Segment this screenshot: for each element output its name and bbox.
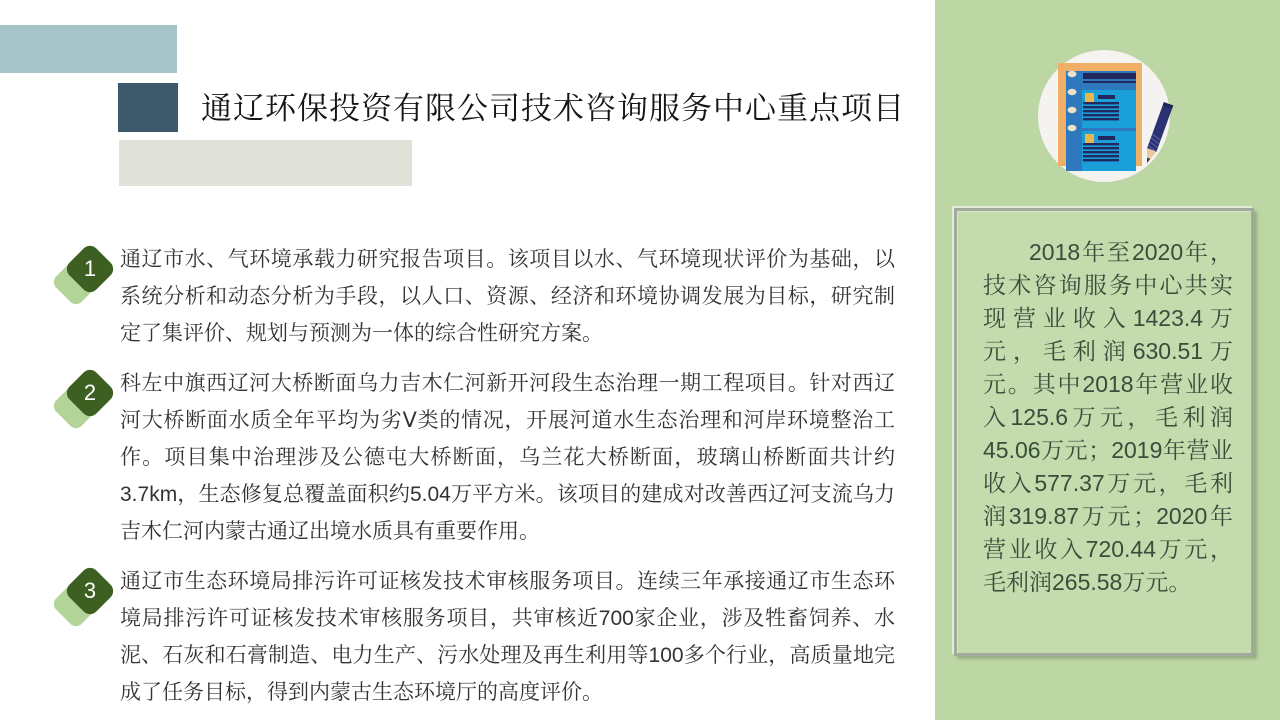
slide: 通辽环保投资有限公司技术咨询服务中心重点项目 1 通辽市水、气环境承载力研究报告… [0, 0, 1280, 720]
side-panel: 2018年至2020年，技术咨询服务中心共实现营业收入1423.4万元，毛利润6… [935, 0, 1280, 720]
title-underbar [119, 140, 412, 186]
project-item-3: 3 通辽市生态环境局排污许可证核发技术审核服务项目。连续三年承接通辽市生态环境局… [120, 563, 895, 711]
project-number: 2 [71, 374, 109, 412]
project-number: 3 [71, 572, 109, 610]
financial-summary-text: 2018年至2020年，技术咨询服务中心共实现营业收入1423.4万元，毛利润6… [983, 236, 1233, 599]
project-text: 科左中旗西辽河大桥断面乌力吉木仁河新开河段生态治理一期工程项目。针对西辽河大桥断… [120, 365, 895, 550]
notebook-pencil-illustration [1030, 42, 1190, 202]
project-list: 1 通辽市水、气环境承载力研究报告项目。该项目以水、气环境现状评价为基础，以系统… [120, 241, 895, 720]
project-number-badge: 3 [57, 567, 121, 631]
project-item-2: 2 科左中旗西辽河大桥断面乌力吉木仁河新开河段生态治理一期工程项目。针对西辽河大… [120, 365, 895, 550]
project-number-badge: 1 [57, 245, 121, 309]
page-title: 通辽环保投资有限公司技术咨询服务中心重点项目 [201, 90, 905, 128]
project-text: 通辽市水、气环境承载力研究报告项目。该项目以水、气环境现状评价为基础，以系统分析… [120, 241, 895, 352]
title-accent-square [118, 83, 178, 132]
notebook-pencil-icon [1030, 42, 1190, 202]
header-accent-bar [0, 25, 177, 73]
project-text: 通辽市生态环境局排污许可证核发技术审核服务项目。连续三年承接通辽市生态环境局排污… [120, 563, 895, 711]
project-item-1: 1 通辽市水、气环境承载力研究报告项目。该项目以水、气环境现状评价为基础，以系统… [120, 241, 895, 352]
project-number: 1 [71, 250, 109, 288]
financial-summary-box: 2018年至2020年，技术咨询服务中心共实现营业收入1423.4万元，毛利润6… [954, 208, 1254, 656]
notebook-icon [1058, 63, 1142, 171]
project-number-badge: 2 [57, 369, 121, 433]
